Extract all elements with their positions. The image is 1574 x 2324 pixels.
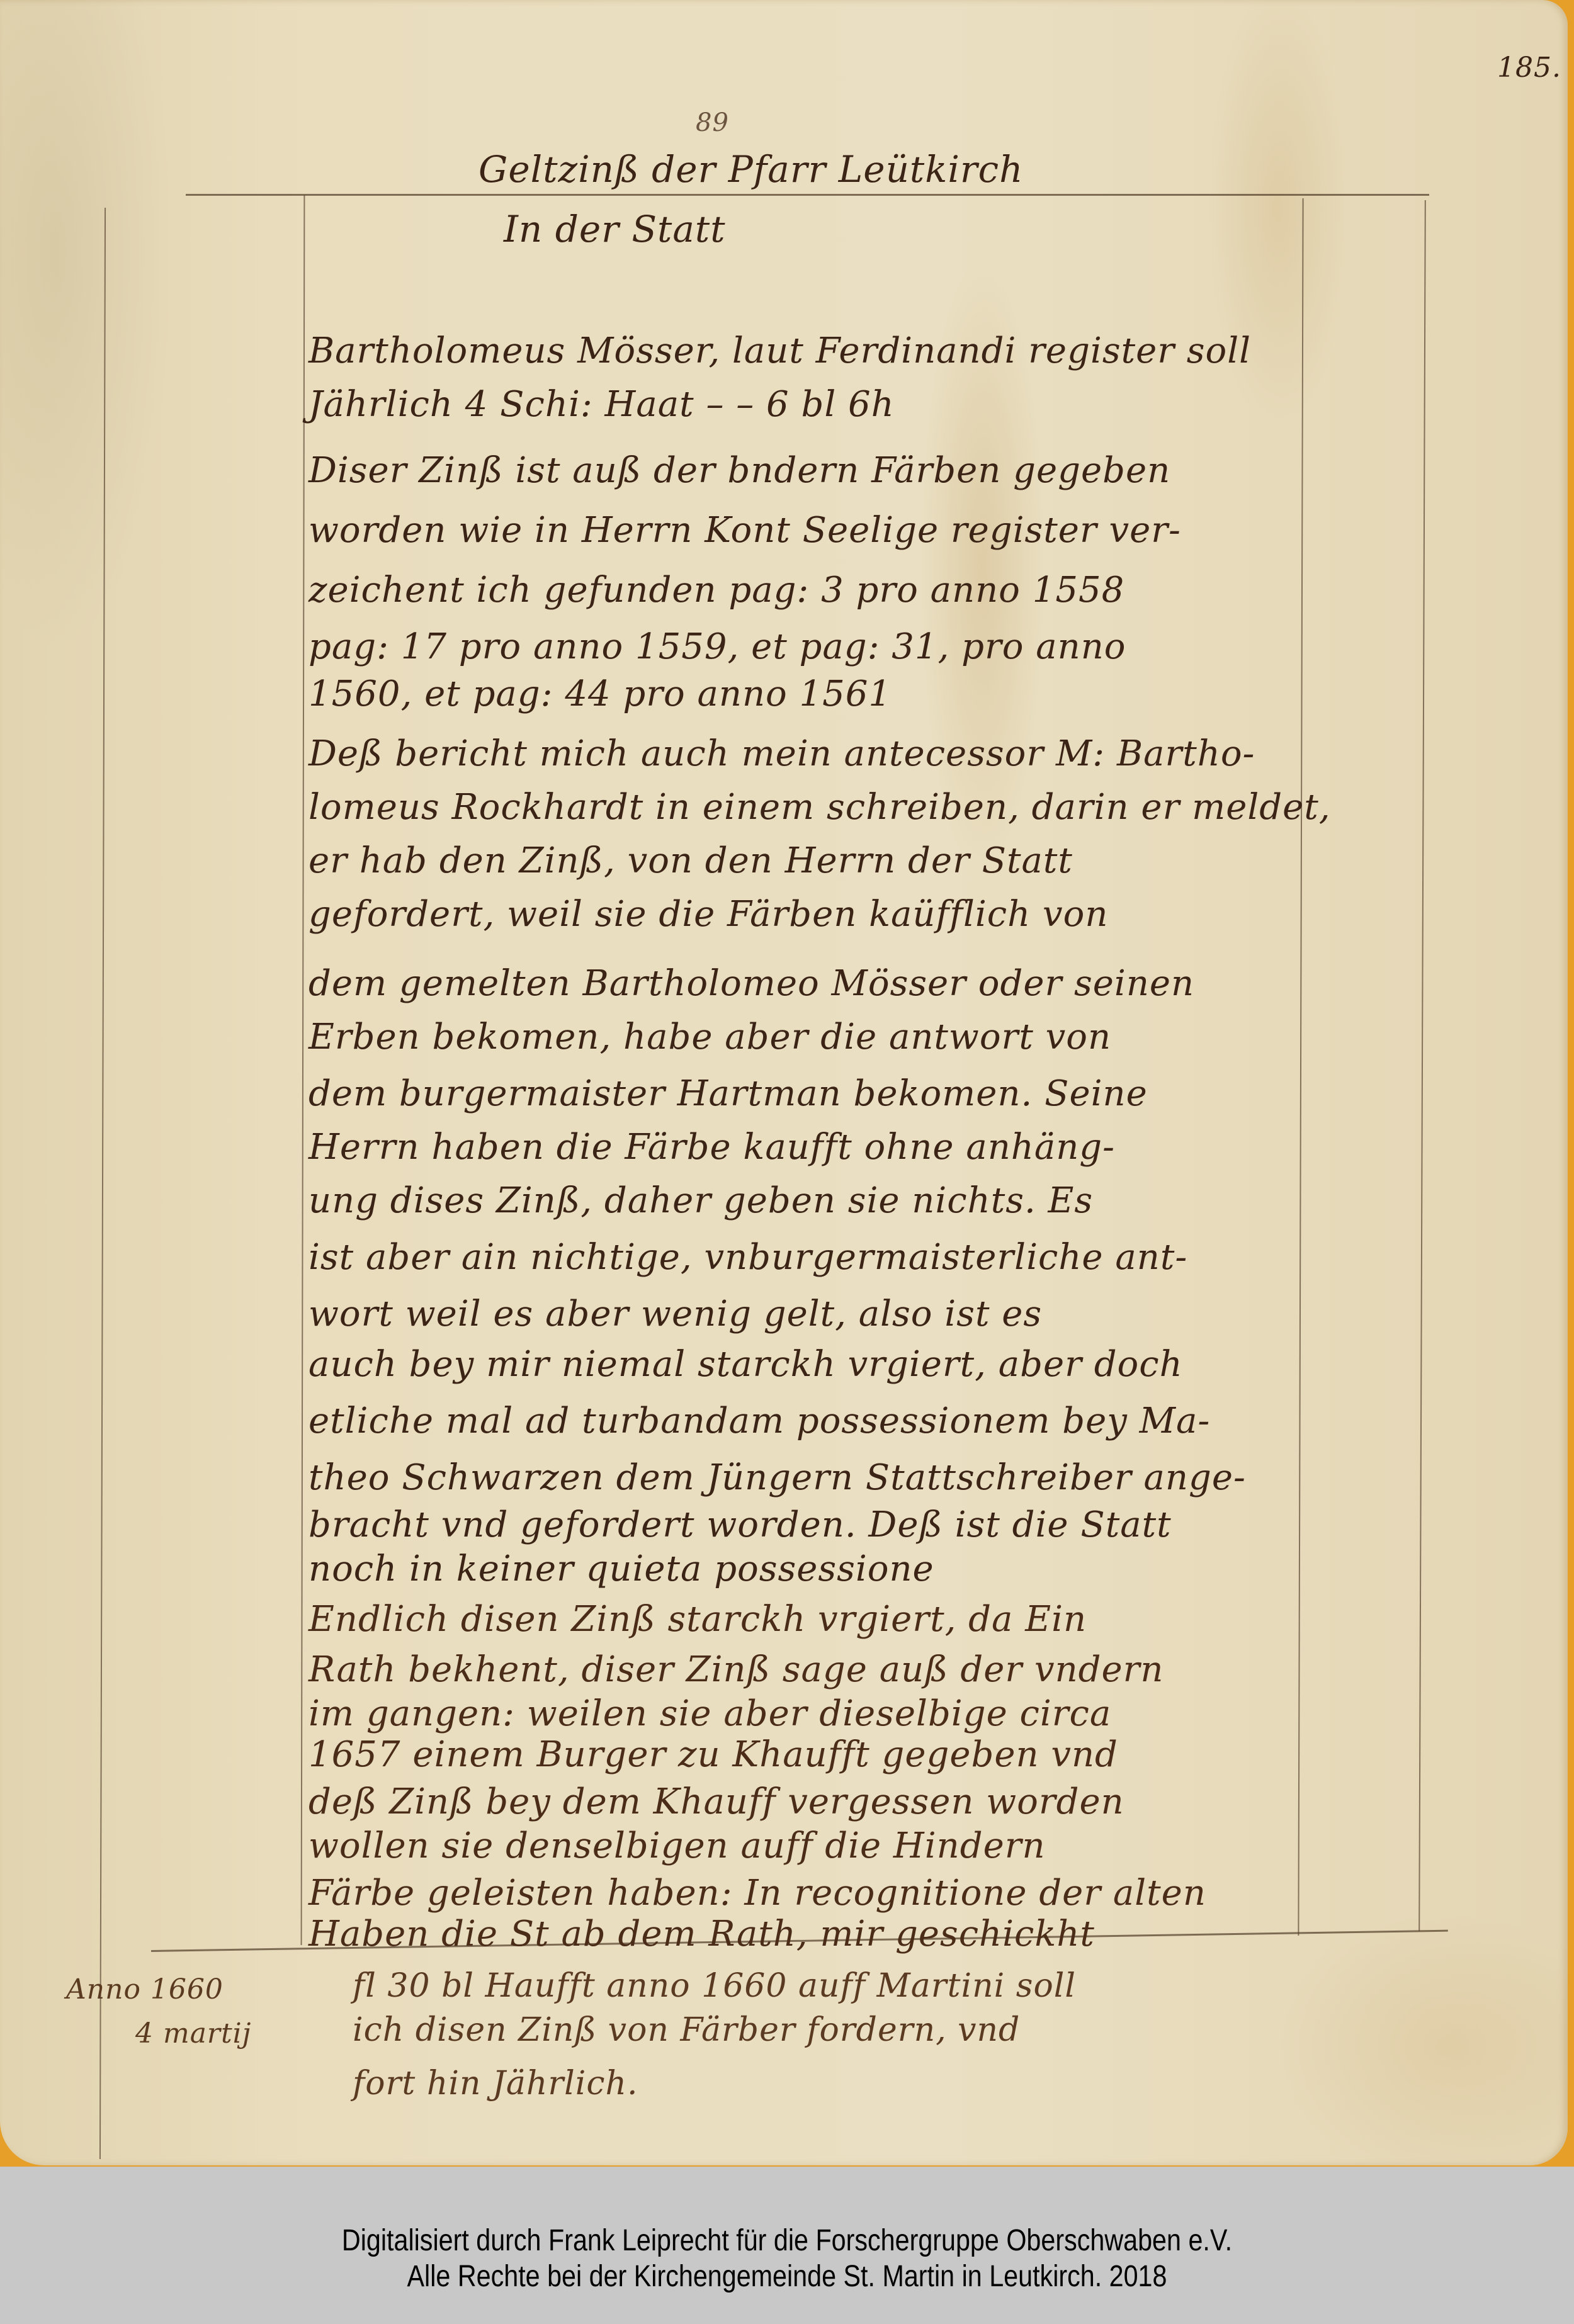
body-line: dem burgermaister Hartman bekomen. Seine	[309, 1073, 1148, 1114]
copyright-footer: Digitalisiert durch Frank Leiprecht für …	[0, 2167, 1574, 2324]
body-line: wort weil es aber wenig gelt, also ist e…	[309, 1294, 1042, 1334]
body-line: worden wie in Herrn Kont Seelige registe…	[309, 510, 1181, 551]
body-line: wollen sie denselbigen auff die Hindern	[309, 1825, 1046, 1866]
body-line: Endlich disen Zinß starckh vrgiert, da E…	[309, 1599, 1087, 1640]
body-line: bracht vnd gefordert worden. Deß ist die…	[309, 1504, 1172, 1545]
body-line: theo Schwarzen dem Jüngern Stattschreibe…	[309, 1457, 1246, 1498]
folio-mark: 89	[696, 108, 729, 137]
body-line: Jährlich 4 Schi: Haat – – 6 bl 6h	[309, 384, 895, 425]
body-line: Erben bekomen, habe aber die antwort von	[309, 1017, 1111, 1058]
body-line: 1657 einem Burger zu Khaufft gegeben vnd	[309, 1734, 1118, 1775]
body-line: Diser Zinß ist auß der bndern Färben geg…	[309, 450, 1170, 491]
manuscript-page: 185. 89 Geltzinß der Pfarr Leütkirch In …	[0, 0, 1568, 2165]
body-line: ist aber ain nichtige, vnburgermaisterli…	[309, 1237, 1187, 1278]
addendum-line: ich disen Zinß von Färber fordern, vnd	[353, 2011, 1020, 2049]
body-line: Rath bekhent, diser Zinß sage auß der vn…	[309, 1649, 1164, 1690]
body-line: Deß bericht mich auch mein antecessor M:…	[309, 733, 1255, 774]
body-line: pag: 17 pro anno 1559, et pag: 31, pro a…	[309, 626, 1126, 667]
margin-note-line: 4 martij	[135, 2017, 251, 2050]
left-margin-rule-outer	[99, 208, 106, 2159]
body-line: dem gemelten Bartholomeo Mösser oder sei…	[309, 963, 1194, 1004]
document-title: Geltzinß der Pfarr Leütkirch	[478, 148, 1024, 191]
addendum-line: fort hin Jährlich.	[353, 2065, 638, 2102]
body-line: gefordert, weil sie die Färben kaüfflich…	[309, 894, 1108, 935]
digitization-credit: Digitalisiert durch Frank Leiprecht für …	[110, 2223, 1464, 2258]
body-line: Herrn haben die Färbe kaufft ohne anhäng…	[309, 1127, 1115, 1168]
right-margin-rule-outer	[1418, 200, 1426, 1931]
body-line: im gangen: weilen sie aber dieselbige ci…	[309, 1693, 1111, 1734]
rights-notice: Alle Rechte bei der Kirchengemeinde St. …	[110, 2259, 1464, 2294]
margin-note-line: Anno 1660	[66, 1973, 224, 2005]
left-margin-rule-inner	[301, 195, 305, 1945]
body-line: Bartholomeus Mösser, laut Ferdinandi reg…	[309, 330, 1251, 371]
body-line: auch bey mir niemal starckh vrgiert, abe…	[309, 1344, 1183, 1385]
body-line: er hab den Zinß, von den Herrn der Statt	[309, 840, 1073, 881]
body-line: Färbe geleisten haben: In recognitione d…	[309, 1873, 1206, 1914]
body-line: etliche mal ad turbandam possessionem be…	[309, 1401, 1210, 1441]
body-line: zeichent ich gefunden pag: 3 pro anno 15…	[309, 570, 1124, 611]
body-line: 1560, et pag: 44 pro anno 1561	[309, 674, 892, 714]
addendum-line: fl 30 bl Haufft anno 1660 auff Martini s…	[353, 1967, 1076, 2005]
page-number: 185.	[1497, 52, 1561, 84]
body-line: deß Zinß bey dem Khauff vergessen worden	[309, 1781, 1124, 1822]
frame-top-rule	[186, 194, 1429, 196]
document-subtitle: In der Statt	[504, 208, 726, 251]
body-line: Haben die St ab dem Rath, mir geschickht	[309, 1914, 1095, 1955]
body-line: noch in keiner quieta possessione	[309, 1548, 934, 1589]
body-line: lomeus Rockhardt in einem schreiben, dar…	[309, 787, 1331, 828]
body-line: ung dises Zinß, daher geben sie nichts. …	[309, 1180, 1093, 1221]
right-margin-rule-inner	[1298, 198, 1303, 1936]
